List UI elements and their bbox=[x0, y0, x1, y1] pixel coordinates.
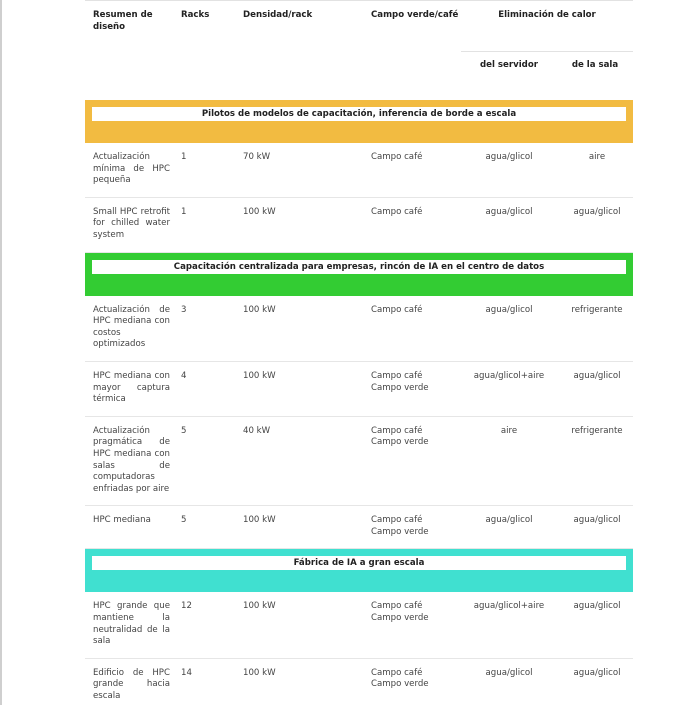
cell-density: 100 kW bbox=[243, 592, 371, 658]
cell-summary: Edificio de HPC grande hacia escala bbox=[85, 658, 181, 705]
cell-racks: 14 bbox=[181, 658, 243, 705]
table-row: Actualización pragmática de HPC mediana … bbox=[85, 416, 633, 506]
cell-density: 100 kW bbox=[243, 506, 371, 549]
design-summary-table: Resumen de diseño Racks Densidad/rack Ca… bbox=[85, 0, 633, 705]
table-body: Pilotos de modelos de capacitación, infe… bbox=[85, 100, 633, 705]
table-row: HPC grande que mantiene la neutralidad d… bbox=[85, 592, 633, 658]
page-left-border bbox=[0, 0, 2, 705]
cell-summary: Actualización pragmática de HPC mediana … bbox=[85, 416, 181, 506]
header-heat-removal: Eliminación de calor bbox=[461, 1, 633, 52]
site-type: Campo verde bbox=[371, 437, 461, 449]
cell-summary: HPC grande que mantiene la neutralidad d… bbox=[85, 592, 181, 658]
section-title: Pilotos de modelos de capacitación, infe… bbox=[92, 107, 626, 121]
section-band: Capacitación centralizada para empresas,… bbox=[85, 252, 633, 296]
cell-heat-room: agua/glicol bbox=[557, 592, 633, 658]
site-type: Campo café bbox=[371, 515, 461, 527]
cell-heat-server: agua/glicol bbox=[461, 143, 557, 197]
cell-heat-room: refrigerante bbox=[557, 296, 633, 362]
cell-heat-room: aire bbox=[557, 143, 633, 197]
cell-racks: 5 bbox=[181, 416, 243, 506]
cell-racks: 3 bbox=[181, 296, 243, 362]
site-type: Campo verde bbox=[371, 527, 461, 539]
site-type: Campo verde bbox=[371, 383, 461, 395]
cell-density: 100 kW bbox=[243, 197, 371, 252]
header-summary: Resumen de diseño bbox=[85, 1, 181, 101]
site-type: Campo café bbox=[371, 371, 461, 383]
cell-heat-room: agua/glicol bbox=[557, 506, 633, 549]
cell-site: Campo caféCampo verde bbox=[371, 506, 461, 549]
cell-heat-server: agua/glicol bbox=[461, 658, 557, 705]
cell-site: Campo caféCampo verde bbox=[371, 592, 461, 658]
cell-site: Campo café bbox=[371, 197, 461, 252]
cell-density: 100 kW bbox=[243, 361, 371, 416]
cell-density: 100 kW bbox=[243, 658, 371, 705]
header-heat-server: del servidor bbox=[461, 52, 557, 101]
section-title: Fábrica de IA a gran escala bbox=[92, 556, 626, 570]
site-type: Campo café bbox=[371, 305, 461, 317]
cell-site: Campo caféCampo verde bbox=[371, 416, 461, 506]
table-row: HPC mediana5100 kWCampo caféCampo verdea… bbox=[85, 506, 633, 549]
cell-density: 100 kW bbox=[243, 296, 371, 362]
table-row: Actualización mínima de HPC pequeña170 k… bbox=[85, 143, 633, 197]
cell-heat-room: refrigerante bbox=[557, 416, 633, 506]
section-band: Fábrica de IA a gran escala bbox=[85, 549, 633, 593]
site-type: Campo café bbox=[371, 426, 461, 438]
cell-site: Campo caféCampo verde bbox=[371, 361, 461, 416]
header-racks: Racks bbox=[181, 1, 243, 101]
cell-density: 40 kW bbox=[243, 416, 371, 506]
site-type: Campo café bbox=[371, 207, 461, 219]
cell-racks: 5 bbox=[181, 506, 243, 549]
cell-site: Campo café bbox=[371, 143, 461, 197]
header-density: Densidad/rack bbox=[243, 1, 371, 101]
header-heat-room: de la sala bbox=[557, 52, 633, 101]
site-type: Campo café bbox=[371, 152, 461, 164]
cell-racks: 12 bbox=[181, 592, 243, 658]
header-site: Campo verde/café bbox=[371, 1, 461, 101]
site-type: Campo café bbox=[371, 601, 461, 613]
section-title: Capacitación centralizada para empresas,… bbox=[92, 260, 626, 274]
table-row: Edificio de HPC grande hacia escala14100… bbox=[85, 658, 633, 705]
cell-heat-server: agua/glicol+aire bbox=[461, 361, 557, 416]
section-header-row: Fábrica de IA a gran escala bbox=[85, 549, 633, 593]
cell-summary: HPC mediana bbox=[85, 506, 181, 549]
cell-racks: 4 bbox=[181, 361, 243, 416]
cell-heat-room: agua/glicol bbox=[557, 658, 633, 705]
cell-racks: 1 bbox=[181, 143, 243, 197]
cell-heat-server: agua/glicol+aire bbox=[461, 592, 557, 658]
table-row: Small HPC retrofit for chilled water sys… bbox=[85, 197, 633, 252]
cell-summary: Actualización de HPC mediana con costos … bbox=[85, 296, 181, 362]
cell-summary: Small HPC retrofit for chilled water sys… bbox=[85, 197, 181, 252]
site-type: Campo café bbox=[371, 668, 461, 680]
table-header: Resumen de diseño Racks Densidad/rack Ca… bbox=[85, 1, 633, 101]
design-summary-table-container: Resumen de diseño Racks Densidad/rack Ca… bbox=[85, 0, 633, 705]
cell-heat-server: agua/glicol bbox=[461, 506, 557, 549]
site-type: Campo verde bbox=[371, 613, 461, 625]
cell-summary: Actualización mínima de HPC pequeña bbox=[85, 143, 181, 197]
table-row: Actualización de HPC mediana con costos … bbox=[85, 296, 633, 362]
cell-racks: 1 bbox=[181, 197, 243, 252]
cell-heat-room: agua/glicol bbox=[557, 361, 633, 416]
site-type: Campo verde bbox=[371, 679, 461, 691]
cell-summary: HPC mediana con mayor captura térmica bbox=[85, 361, 181, 416]
cell-heat-server: agua/glicol bbox=[461, 296, 557, 362]
cell-density: 70 kW bbox=[243, 143, 371, 197]
cell-site: Campo café bbox=[371, 296, 461, 362]
section-header-row: Capacitación centralizada para empresas,… bbox=[85, 252, 633, 296]
cell-heat-server: agua/glicol bbox=[461, 197, 557, 252]
cell-heat-server: aire bbox=[461, 416, 557, 506]
table-row: HPC mediana con mayor captura térmica410… bbox=[85, 361, 633, 416]
cell-site: Campo caféCampo verde bbox=[371, 658, 461, 705]
section-band: Pilotos de modelos de capacitación, infe… bbox=[85, 100, 633, 143]
section-header-row: Pilotos de modelos de capacitación, infe… bbox=[85, 100, 633, 143]
cell-heat-room: agua/glicol bbox=[557, 197, 633, 252]
